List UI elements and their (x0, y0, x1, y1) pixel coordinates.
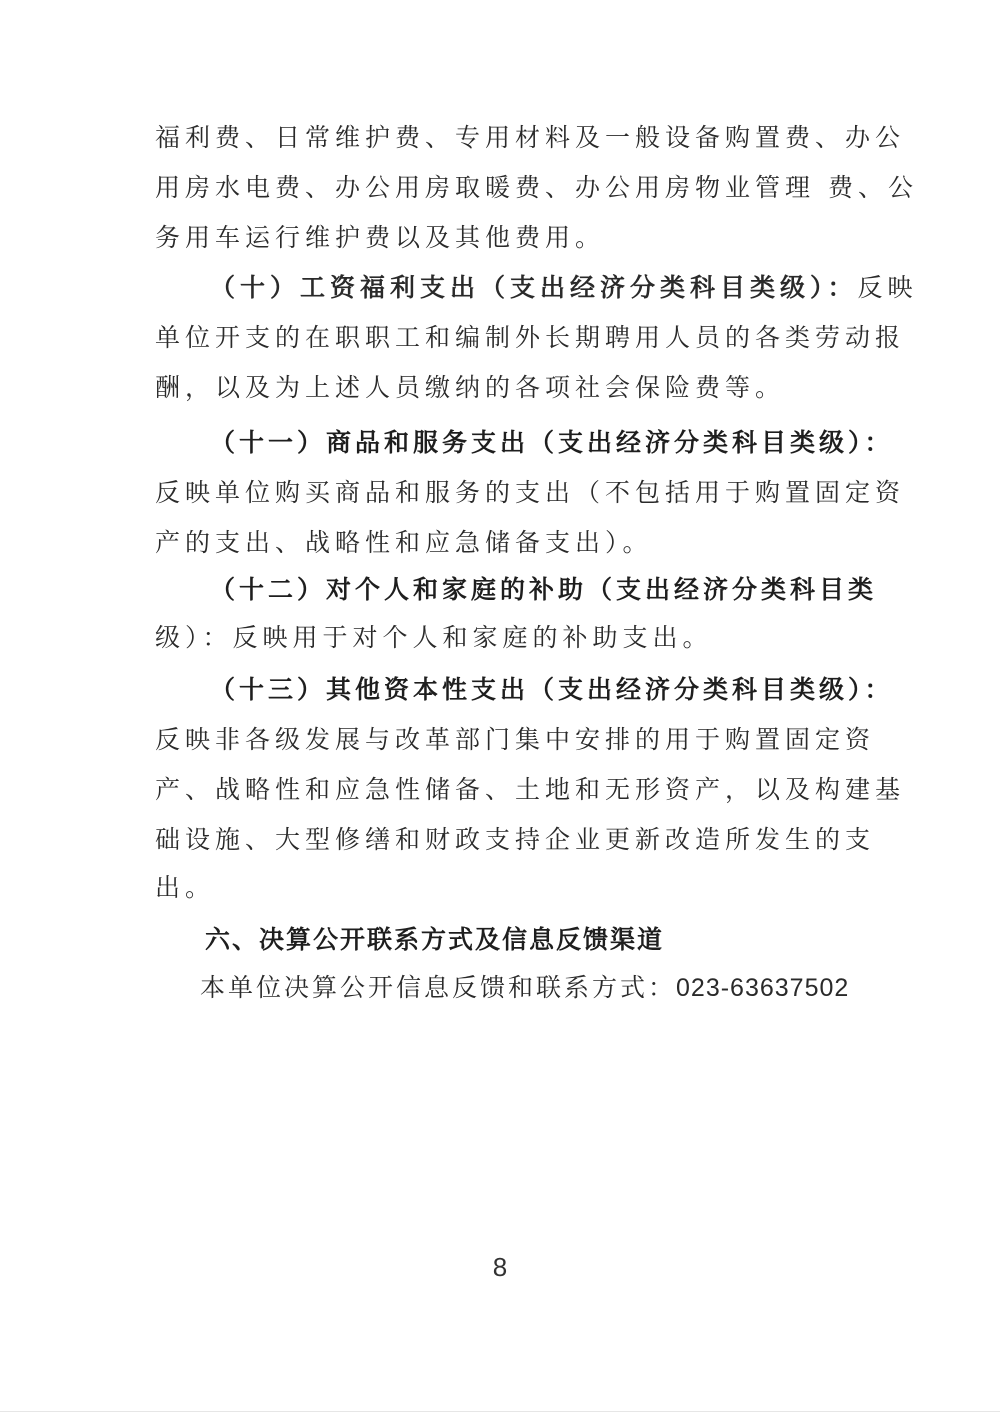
page-number: 8 (0, 1252, 1000, 1283)
item-10-first-line: （十）工资福利支出（支出经济分类科目类级）：反映 (210, 273, 918, 303)
contact-label: 本单位决算公开信息反馈和联系方式： (200, 973, 676, 1002)
item-13-line-2: 产、战略性和应急性储备、土地和无形资产，以及构建基 (155, 775, 905, 805)
item-12-heading: （十二）对个人和家庭的补助（支出经济分类科目类 (210, 575, 877, 605)
item-10-line-2: 单位开支的在职职工和编制外长期聘用人员的各类劳动报 (155, 323, 905, 353)
item-11-line-1: 反映单位购买商品和服务的支出（不包括用于购置固定资 (155, 478, 905, 508)
item-10-line-3: 酬，以及为上述人员缴纳的各项社会保险费等。 (155, 373, 785, 403)
item-12-line-1: 级）：反映用于对个人和家庭的补助支出。 (155, 623, 713, 653)
item-11-heading: （十一）商品和服务支出（支出经济分类科目类级）： (210, 428, 894, 458)
item-13-line-3: 础设施、大型修缮和财政支持企业更新改造所发生的支 (155, 825, 875, 855)
contact-line: 本单位决算公开信息反馈和联系方式：023-63637502 (200, 973, 849, 1003)
item-10-heading: （十）工资福利支出（支出经济分类科目类级）： (210, 273, 858, 302)
item-13-heading: （十三）其他资本性支出（支出经济分类科目类级）： (210, 675, 894, 705)
intro-line-3: 务用车运行维护费以及其他费用。 (155, 223, 605, 253)
item-13-line-1: 反映非各级发展与改革部门集中安排的用于购置固定资 (155, 725, 875, 755)
intro-line-2: 用房水电费、办公用房取暖费、办公用房物业管理 费、公 (155, 173, 918, 203)
item-11-line-2: 产的支出、战略性和应急储备支出）。 (155, 528, 653, 558)
page-bottom-edge (0, 1411, 1000, 1412)
item-13-line-4: 出。 (155, 873, 215, 903)
section-six-heading: 六、决算公开联系方式及信息反馈渠道 (205, 925, 664, 955)
intro-line-1: 福利费、日常维护费、专用材料及一般设备购置费、办公 (155, 123, 905, 153)
document-page: 福利费、日常维护费、专用材料及一般设备购置费、办公 用房水电费、办公用房取暖费、… (0, 0, 1000, 1414)
item-10-text-start: 反映 (858, 273, 918, 302)
contact-phone: 023-63637502 (676, 974, 849, 1002)
